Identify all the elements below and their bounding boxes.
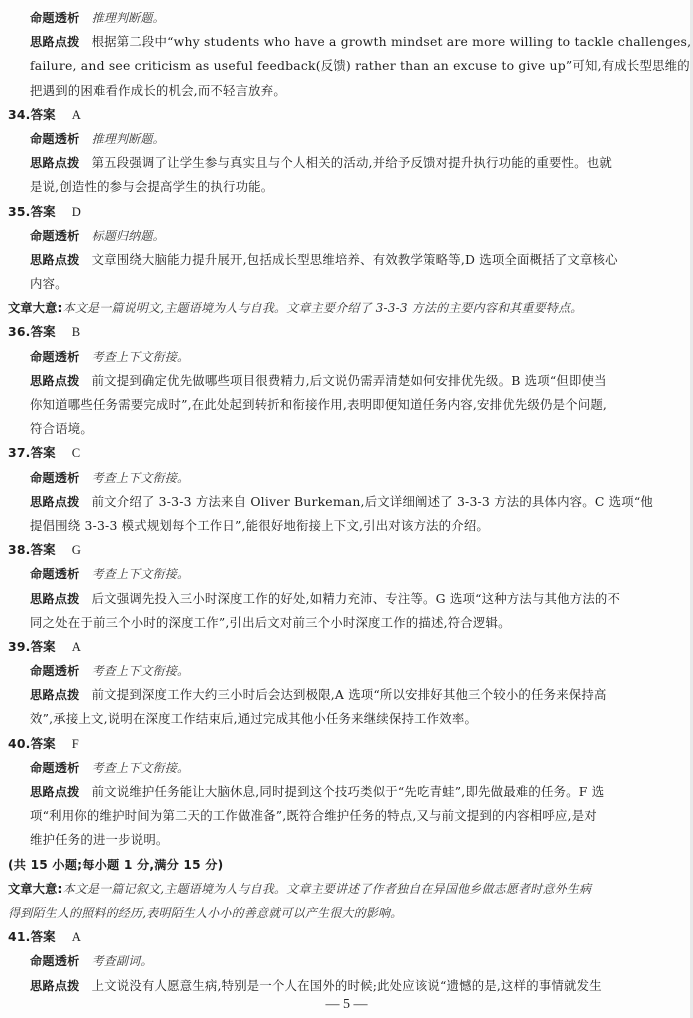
answer-value: A [72, 108, 81, 122]
question-number: 40. [8, 736, 31, 751]
analysis-label: 命题透析 [30, 350, 80, 364]
analysis-label: 命题透析 [30, 664, 80, 678]
analysis-line: 命题透析考查上下文衔接。 [0, 345, 693, 369]
hint-continuation: 把遇到的困难看作成长的机会,而不轻言放弃。 [0, 79, 693, 103]
answer-heading: 36.答案B [0, 320, 693, 344]
analysis-text: 考查副词。 [92, 954, 153, 968]
hint-continuation: 内容。 [0, 272, 693, 296]
analysis-text: 推理判断题。 [92, 11, 165, 25]
answer-label: 答案 [31, 736, 56, 751]
analysis-label: 命题透析 [30, 132, 80, 146]
analysis-text: 考查上下文衔接。 [92, 567, 190, 581]
analysis-line: 命题透析标题归纳题。 [0, 224, 693, 248]
analysis-text: 考查上下文衔接。 [92, 664, 190, 678]
answer-value: B [72, 325, 81, 339]
hint-line: 思路点拨根据第二段中“why students who have a growt… [0, 30, 693, 54]
answer-heading: 37.答案C [0, 441, 693, 465]
hint-line: 思路点拨前文提到确定优先做哪些项目很费精力,后文说仍需弄清楚如何安排优先级。B … [0, 369, 693, 393]
page-number: — 5 — [0, 997, 693, 1013]
analysis-label: 命题透析 [30, 471, 80, 485]
hint-continuation: 符合语境。 [0, 417, 693, 441]
answer-value: A [72, 640, 81, 654]
hint-line: 思路点拨文章围绕大脑能力提升展开,包括成长型思维培养、有效教学策略等,D 选项全… [0, 248, 693, 272]
question-number: 34. [8, 107, 31, 122]
hint-line: 思路点拨前文提到深度工作大约三小时后会达到极限,A 选项“所以安排好其他三个较小… [0, 683, 693, 707]
hint-continuation: 提倡围绕 3-3-3 模式规划每个工作日”,能很好地衔接上下文,引出对该方法的介… [0, 514, 693, 538]
hint-text: 前文提到确定优先做哪些项目很费精力,后文说仍需弄清楚如何安排优先级。B 选项“但… [92, 373, 607, 388]
hint-text: 第五段强调了让学生参与真实且与个人相关的活动,并给予反馈对提升执行功能的重要性。… [92, 155, 612, 170]
answer-label: 答案 [31, 542, 56, 557]
answer-value: A [72, 930, 81, 944]
analysis-label: 命题透析 [30, 954, 80, 968]
answer-heading: 35.答案D [0, 200, 693, 224]
question-number: 36. [8, 324, 31, 339]
analysis-text: 考查上下文衔接。 [92, 761, 190, 775]
hint-text: 前文提到深度工作大约三小时后会达到极限,A 选项“所以安排好其他三个较小的任务来… [92, 687, 607, 702]
hint-continuation: 项“利用你的维护时间为第二天的工作做准备”,既符合维护任务的特点,又与前文提到的… [0, 804, 693, 828]
answer-heading: 40.答案F [0, 732, 693, 756]
answer-heading: 38.答案G [0, 538, 693, 562]
answer-value: C [72, 446, 81, 460]
hint-label: 思路点拨 [30, 785, 80, 799]
document-page: 命题透析推理判断题。 思路点拨根据第二段中“why students who h… [0, 6, 693, 998]
analysis-line: 命题透析考查上下文衔接。 [0, 756, 693, 780]
analysis-label: 命题透析 [30, 761, 80, 775]
analysis-label: 命题透析 [30, 11, 80, 25]
analysis-line: 命题透析考查上下文衔接。 [0, 562, 693, 586]
analysis-line: 命题透析考查副词。 [0, 949, 693, 973]
hint-label: 思路点拨 [30, 495, 80, 509]
answer-value: F [72, 737, 79, 751]
hint-continuation: 效”,承接上文,说明在深度工作结束后,通过完成其他小任务来继续保持工作效率。 [0, 707, 693, 731]
hint-line: 思路点拨第五段强调了让学生参与真实且与个人相关的活动,并给予反馈对提升执行功能的… [0, 151, 693, 175]
question-number: 35. [8, 204, 31, 219]
answer-value: G [72, 543, 81, 557]
analysis-text: 推理判断题。 [92, 132, 165, 146]
hint-text: 前文介绍了 3-3-3 方法来自 Oliver Burkeman,后文详细阐述了… [92, 494, 653, 509]
answer-label: 答案 [31, 324, 56, 339]
answer-label: 答案 [31, 204, 56, 219]
hint-label: 思路点拨 [30, 156, 80, 170]
hint-continuation: 同之处在于前三个小时的深度工作”,引出后文对前三个小时深度工作的描述,符合逻辑。 [0, 611, 693, 635]
hint-line: 思路点拨后文强调先投入三小时深度工作的好处,如精力充沛、专注等。G 选项“这种方… [0, 587, 693, 611]
answer-label: 答案 [31, 639, 56, 654]
answer-heading: 34.答案A [0, 103, 693, 127]
question-number: 41. [8, 929, 31, 944]
hint-continuation: 维护任务的进一步说明。 [0, 828, 693, 852]
hint-continuation: failure, and see criticism as useful fee… [0, 54, 693, 78]
analysis-text: 考查上下文衔接。 [92, 471, 190, 485]
analysis-line: 命题透析推理判断题。 [0, 127, 693, 151]
analysis-text: 考查上下文衔接。 [92, 350, 190, 364]
hint-line: 思路点拨前文说维护任务能让大脑休息,同时提到这个技巧类似于“先吃青蛙”,即先做最… [0, 780, 693, 804]
hint-label: 思路点拨 [30, 374, 80, 388]
analysis-label: 命题透析 [30, 229, 80, 243]
hint-label: 思路点拨 [30, 688, 80, 702]
hint-text: 上文说没有人愿意生病,特别是一个人在国外的时候;此处应该说“遗憾的是,这样的事情… [92, 978, 602, 993]
article-summary: 文章大意:本文是一篇说明文,主题语境为人与自我。文章主要介绍了 3-3-3 方法… [0, 296, 693, 320]
hint-label: 思路点拨 [30, 979, 80, 993]
question-number: 37. [8, 445, 31, 460]
analysis-line: 命题透析推理判断题。 [0, 6, 693, 30]
analysis-label: 命题透析 [30, 567, 80, 581]
article-summary: 文章大意:本文是一篇记叙文,主题语境为人与自我。文章主要讲述了作者独自在异国他乡… [0, 877, 693, 901]
answer-heading: 41.答案A [0, 925, 693, 949]
hint-text: 后文强调先投入三小时深度工作的好处,如精力充沛、专注等。G 选项“这种方法与其他… [92, 591, 621, 606]
analysis-line: 命题透析考查上下文衔接。 [0, 466, 693, 490]
analysis-text: 标题归纳题。 [92, 229, 165, 243]
hint-label: 思路点拨 [30, 592, 80, 606]
hint-label: 思路点拨 [30, 253, 80, 267]
hint-text: 根据第二段中“why students who have a growth mi… [92, 34, 693, 49]
summary-label: 文章大意: [8, 301, 63, 315]
summary-continuation: 得到陌生人的照料的经历,表明陌生人小小的善意就可以产生很大的影响。 [0, 901, 693, 925]
answer-heading: 39.答案A [0, 635, 693, 659]
hint-continuation: 你知道哪些任务需要完成时”,在此处起到转折和衔接作用,表明即便知道任务内容,安排… [0, 393, 693, 417]
answer-label: 答案 [31, 107, 56, 122]
hint-continuation: 是说,创造性的参与会提高学生的执行功能。 [0, 175, 693, 199]
answer-value: D [72, 205, 81, 219]
question-number: 38. [8, 542, 31, 557]
summary-text: 本文是一篇说明文,主题语境为人与自我。文章主要介绍了 3-3-3 方法的主要内容… [63, 301, 583, 315]
hint-line: 思路点拨上文说没有人愿意生病,特别是一个人在国外的时候;此处应该说“遗憾的是,这… [0, 974, 693, 998]
question-number: 39. [8, 639, 31, 654]
hint-line: 思路点拨前文介绍了 3-3-3 方法来自 Oliver Burkeman,后文详… [0, 490, 693, 514]
hint-text: 文章围绕大脑能力提升展开,包括成长型思维培养、有效教学策略等,D 选项全面概括了… [92, 252, 618, 267]
section-header: (共 15 小题;每小题 1 分,满分 15 分) [0, 853, 693, 877]
answer-label: 答案 [31, 445, 56, 460]
answer-label: 答案 [31, 929, 56, 944]
analysis-line: 命题透析考查上下文衔接。 [0, 659, 693, 683]
hint-text: 前文说维护任务能让大脑休息,同时提到这个技巧类似于“先吃青蛙”,即先做最难的任务… [92, 784, 605, 799]
summary-text: 本文是一篇记叙文,主题语境为人与自我。文章主要讲述了作者独自在异国他乡做志愿者时… [63, 882, 592, 896]
summary-label: 文章大意: [8, 882, 63, 896]
hint-label: 思路点拨 [30, 35, 80, 49]
